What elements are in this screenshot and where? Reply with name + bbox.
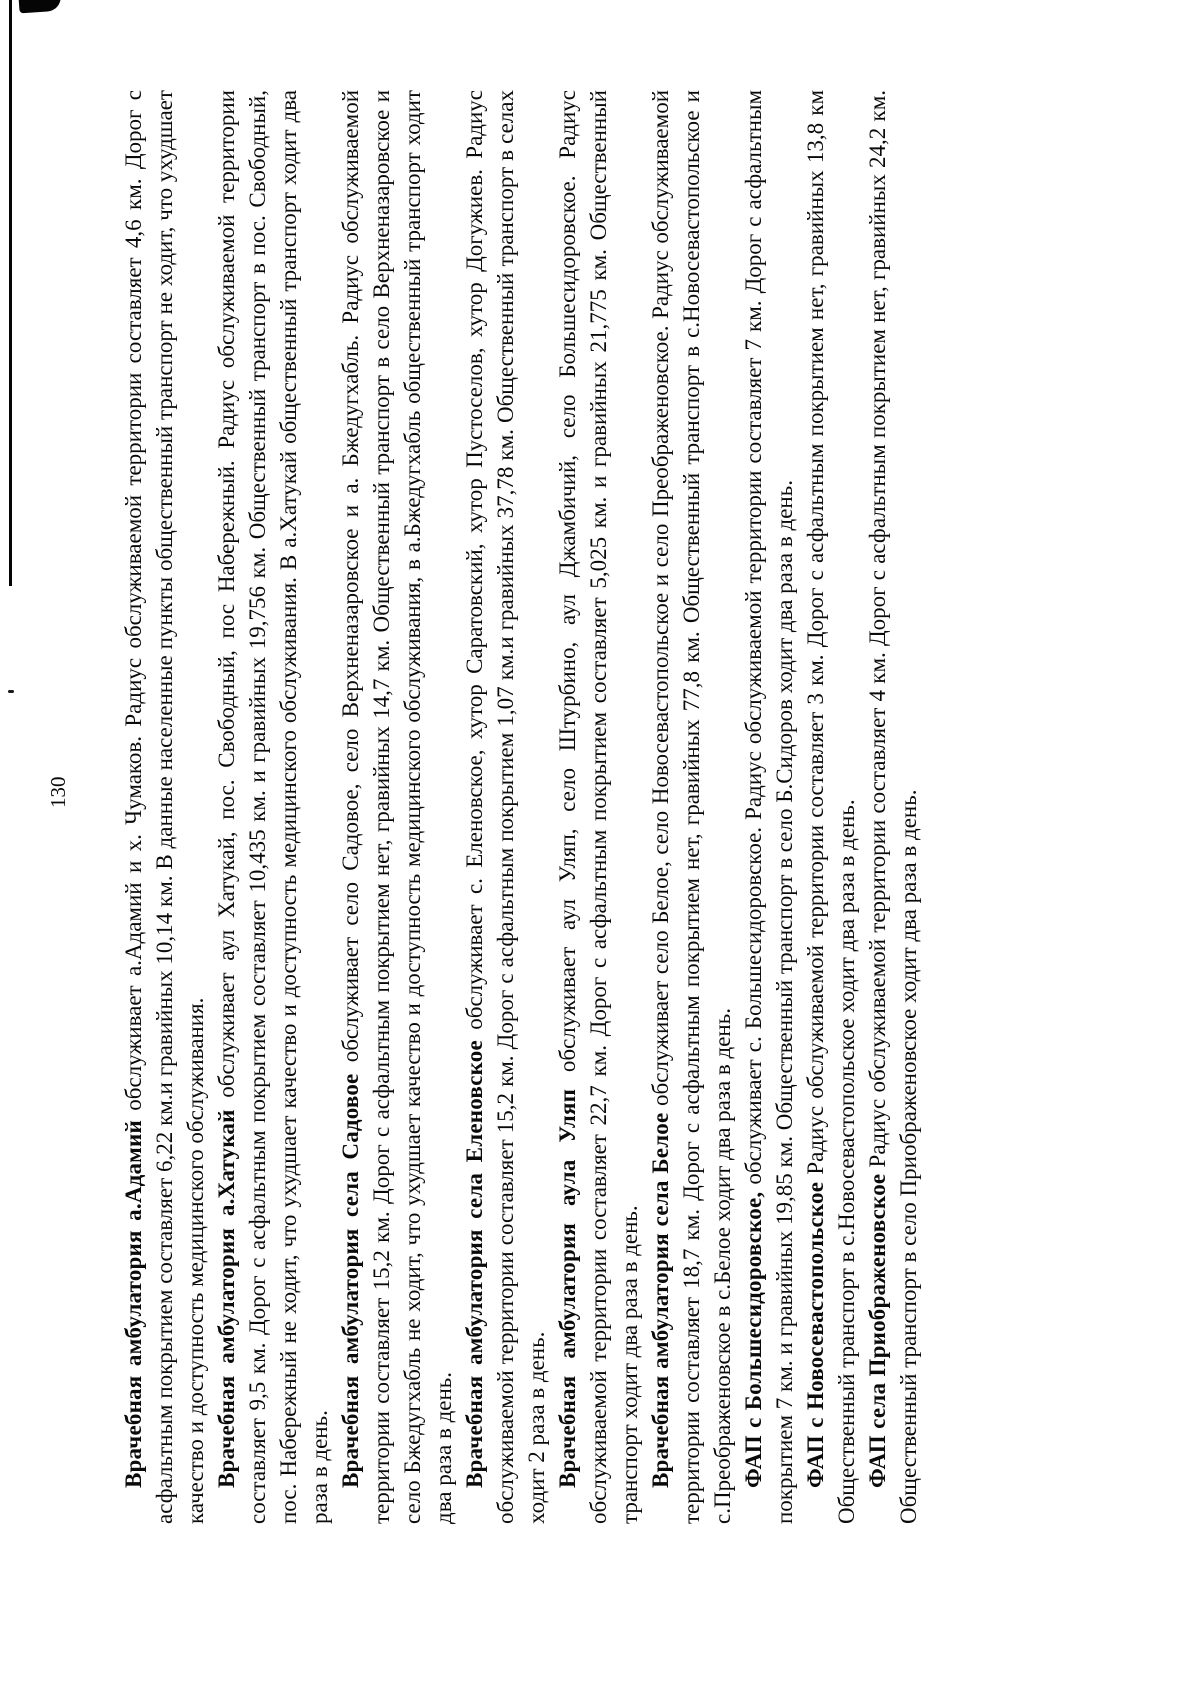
page-number: 130	[46, 777, 71, 809]
paragraph-ambulatory-sadovoe: Врачебная амбулатория села Садовое обслу…	[335, 90, 459, 1524]
paragraph-fap-priobrazhenovskoe: ФАП села Приображеновское Радиус обслужи…	[862, 90, 924, 1524]
paragraph-ambulatory-beloe: Врачебная амбулатория села Белое обслужи…	[645, 90, 738, 1524]
paragraph-ambulatory-adamiy: Врачебная амбулатория а.Адамий обслужива…	[118, 90, 211, 1524]
paragraph-lead: ФАП с Большесидоровское,	[741, 1192, 766, 1488]
paragraph-lead: Врачебная амбулатория села Еленовское	[462, 1040, 487, 1488]
paragraph-ambulatory-khatukay: Врачебная амбулатория а.Хатукай обслужив…	[211, 90, 335, 1524]
paragraph-lead: Врачебная амбулатория а.Адамий	[121, 1120, 146, 1488]
paragraph-ambulatory-elenovskoe: Врачебная амбулатория села Еленовское об…	[459, 90, 552, 1524]
paragraph-ambulatory-ulyap: Врачебная амбулатория аула Уляп обслужив…	[552, 90, 645, 1524]
paragraph-fap-novosevastopolskoe: ФАП с Новосевастопольское Радиус обслужи…	[800, 90, 862, 1524]
scan-artifact-corner-mark	[18, 0, 61, 13]
paragraph-lead: Врачебная амбулатория села Белое	[648, 1113, 673, 1488]
scanned-page: 130 Врачебная амбулатория а.Адамий обслу…	[0, 0, 1200, 1697]
paragraph-lead: Врачебная амбулатория села Садовое	[338, 1074, 363, 1488]
document-text-block: Врачебная амбулатория а.Адамий обслужива…	[118, 90, 924, 1524]
paragraph-lead: Врачебная амбулатория аула Уляп	[555, 1089, 580, 1488]
scan-artifact-left-edge-line	[9, 0, 12, 586]
paragraph-lead: ФАП села Приображеновское	[865, 1174, 890, 1488]
scan-artifact-speck	[8, 690, 14, 693]
paragraph-lead: ФАП с Новосевастопольское	[803, 1182, 828, 1488]
paragraph-lead: Врачебная амбулатория а.Хатукай	[214, 1109, 239, 1488]
paragraph-fap-bolshesidorovskoe: ФАП с Большесидоровское, обслуживает с. …	[738, 90, 800, 1524]
